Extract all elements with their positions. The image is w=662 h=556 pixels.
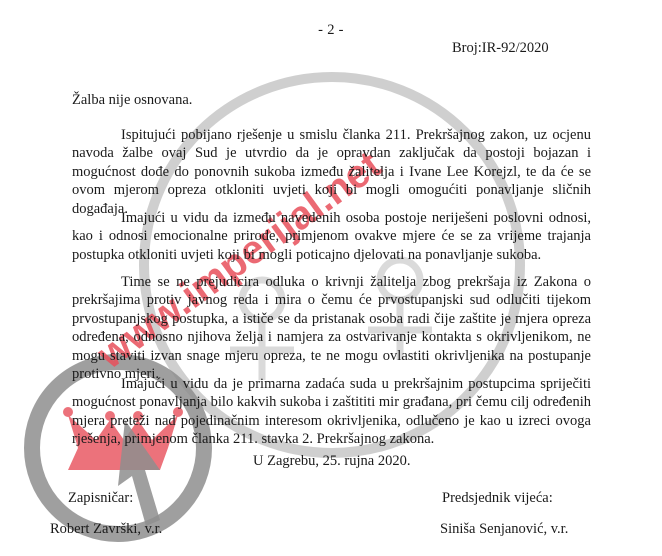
- paragraph-1: Ispitujući pobijano rješenje u smislu čl…: [72, 126, 591, 218]
- recorder-label: Zapisničar:: [68, 490, 133, 507]
- paragraph-3: Time se ne prejudicira odluka o krivnji …: [72, 273, 591, 383]
- panel-president-name: Siniša Senjanović, v.r.: [440, 521, 568, 538]
- document-body: - 2 - Broj:IR-92/2020 Žalba nije osnovan…: [0, 0, 662, 556]
- place-date: U Zagrebu, 25. rujna 2020.: [253, 453, 410, 470]
- ruling-heading: Žalba nije osnovana.: [72, 92, 192, 109]
- case-number: Broj:IR-92/2020: [452, 40, 549, 57]
- paragraph-4: Imajući u vidu da je primarna zadaća sud…: [72, 375, 591, 449]
- paragraph-2: Imajući u vidu da između navedenih osoba…: [72, 209, 591, 264]
- panel-president-label: Predsjednik vijeća:: [442, 490, 553, 507]
- page-number: - 2 -: [0, 22, 662, 39]
- recorder-name: Robert Završki, v.r.: [50, 521, 162, 538]
- document-page: www.imperijal.net - 2 - Broj:IR-92/2020 …: [0, 0, 662, 556]
